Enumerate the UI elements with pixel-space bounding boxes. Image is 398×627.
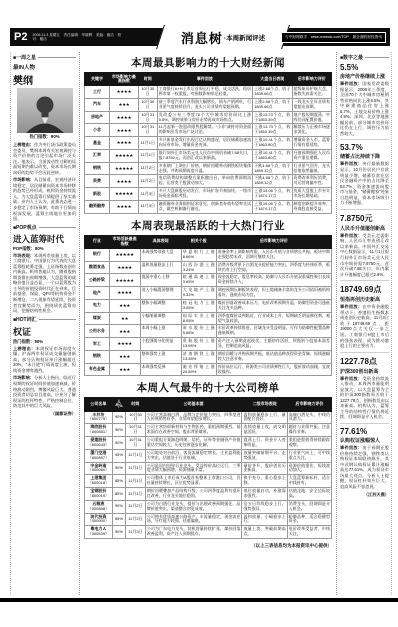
industry-comment: 消费升级背景下白酒龙头提价能力突出，四季度为传统旺季，板块仍有上行空间。 xyxy=(216,261,331,274)
news-event: 多只大盘新股启动发行，市场扩容节奏加快，一级市场资金面临考验。 xyxy=(157,188,252,201)
company-fundamentals: 公司是国内铅锌行业龙头，受益锌价高位运行，三季度业绩大幅预增，资源储量丰富。 xyxy=(145,462,242,475)
number-subtitle: 人民币升值屡创新高 xyxy=(340,225,389,232)
industry-name: 地产 xyxy=(85,287,110,300)
industry-related-stock: 贵航股份上涨13.95% xyxy=(181,338,216,351)
news-impact-stars: ★★★★ xyxy=(109,124,138,137)
news-table-header-cell: 大盘当日表现 xyxy=(253,73,292,86)
news-market-performance: 上涨2.68个点，收于1839.66点 xyxy=(253,98,292,111)
industry-name: 公用水务 xyxy=(85,325,110,338)
company-comment: 资源价值重估，短线波动加大。 xyxy=(287,462,331,475)
number-subtitle: 储蓄占比持续下降 xyxy=(340,153,389,160)
industry-performance: 震荡中重心上移 xyxy=(140,274,181,287)
industry-activity-stars: ★★★★ xyxy=(109,287,140,300)
company-table-row: 上港集团（600018） 85% 11月1日 公司整体上市后成为A股首家整体上市… xyxy=(85,475,332,488)
industry-comment: 资产注入预期此起彼伏，主题炒作活跃，须甄别个股基本面差异，控制追高风险。 xyxy=(216,338,331,351)
section-header-top-numbers: ■数字之最 xyxy=(340,54,389,61)
company-name-cell: 中金岭南（000060） xyxy=(85,462,113,475)
industry-comment: 四季度煤价谈判临近，行业成本上升，短期缺乏明显催化剂，观望气氛较浓。 xyxy=(216,312,331,325)
news-table-row: 基金 ★★★★ 11月1日 多只新基金发行出现百亿认购盛况，居民储蓄加速流向证券… xyxy=(85,137,332,150)
number-body: 事件回放：由于预期正股价格持续走强，钢铁类认购权证本周联袂飙升，其中武钢认购权证… xyxy=(340,445,389,489)
news-table-row: 汽车 ★★★ 10月30日 前三季度汽车行业利润大幅增长，轿车产销两旺，行业景气… xyxy=(85,98,332,111)
company-table-row: 中金岭南（000060） 90% 11月1日 公司是国内铅锌行业龙头，受益锌价高… xyxy=(85,462,332,475)
tables-footnote: （以上三表信息均为本报资讯中心提供） xyxy=(84,543,332,549)
number-body: 事件回放：受资金持续流入推动，本周两市量能明显放大，以大盘蓝筹为主的沪深300指… xyxy=(340,376,389,420)
company-table-header-cell: 公司基本面 xyxy=(145,398,242,411)
industry-activity-stars: ★★★ xyxy=(109,299,140,312)
company-date: 10月31日 xyxy=(126,437,146,450)
industry-activity-stars: ★★★★ xyxy=(109,261,140,274)
industry-performance: 温和放量稳步上行 xyxy=(140,261,181,274)
industry-table-header-cell: 相关个股 xyxy=(181,235,216,248)
hot-word-impact-paragraph: 市场影响：分析人士指出，临近行权期的权证时间价值加速衰减，价格波动剧烈，博傻风险… xyxy=(13,375,76,408)
paragraph-label: 事件回放： xyxy=(340,445,362,450)
industry-table-row: 公路桥梁 ★★★★★ 震荡中重心上移 皖通高速上涨3.65% 现金流稳定、股息率… xyxy=(85,274,332,287)
news-market-performance: 上涨13.73个点，收于1853.39点 xyxy=(253,111,292,124)
news-comment: 升值预期强化人民币资产重估逻辑。 xyxy=(292,149,331,162)
company-popularity: 85% xyxy=(112,475,125,488)
section-label: ■一周之星 xyxy=(13,54,36,61)
company-market-performance: 温和放量，小幅稳步上行。 xyxy=(242,513,287,526)
company-comment: 高端白酒龙头，中线仍具潜力。 xyxy=(287,411,331,424)
news-date: 11月2日 xyxy=(138,175,157,188)
company-comment: 大盘蓝筹新标杆，适合中线持有。 xyxy=(287,475,331,488)
industry-name: 电力 xyxy=(85,299,110,312)
news-date: 11月3日 xyxy=(138,200,157,213)
company-popularity: 85% xyxy=(112,513,125,526)
section-label: ■HOT词汇 xyxy=(13,316,37,323)
news-table-header-cell: 市场影响力最高指数 xyxy=(109,73,138,86)
news-table-row: 小非 ★★★★ 10月31日 11月起新一批股改限售股解禁，“小非”减持对资金面… xyxy=(85,124,332,137)
company-market-performance: 低位放量启动，补涨需求强烈。 xyxy=(242,488,287,501)
news-date: 11月1日 xyxy=(138,137,157,150)
person-label: 最IN人物 xyxy=(13,63,76,71)
industry-table-header-cell: 后市影响力评价 xyxy=(216,235,331,248)
paragraph-label: 市场影响： xyxy=(13,177,34,182)
industry-comment: 调控预期压制板块表现，但土地储备丰富的龙头公司依旧被机构看好，逢低布局为宜。 xyxy=(216,287,331,300)
company-market-performance: 连续放量上攻，成交明显活跃。 xyxy=(242,424,287,437)
company-date: 11月2日 xyxy=(126,500,146,513)
news-comment: 资费改革利好消费，对运营商偏中性。 xyxy=(292,175,331,188)
company-popularity: 85% xyxy=(112,488,125,501)
company-market-performance: 震荡上行，资金介入迹象明显。 xyxy=(242,437,287,450)
news-table-row: 汇率 ★★★★★ 11月1日 银行间外汇市场美元兑人民币中间价首破7.88关口，… xyxy=(85,149,332,162)
news-keyword: 融资融券 xyxy=(85,200,110,213)
section-label: ■数字之最 xyxy=(340,54,363,61)
industry-activity-stars: ★★★★★ xyxy=(109,248,140,261)
news-event: 前三季度汽车行业利润大幅增长，轿车产销两旺，行业景气度持续回升，龙头公司业绩有望… xyxy=(157,98,252,111)
news-comment: 超级航母护航大盘，指数失真需关注。 xyxy=(292,86,331,99)
company-code: （600018） xyxy=(86,481,111,486)
company-date: 11月1日 xyxy=(126,475,146,488)
company-code: （000539） xyxy=(86,532,111,537)
industry-name: 钢铁 xyxy=(85,350,110,363)
masthead-banner: 消息树 ·本周新闻评述 xyxy=(156,25,290,49)
industry-table-row: 公用水务 ★★★ 本周小幅上涨 原水股份上涨5.68% 水价改革持续推进，区域龙… xyxy=(85,325,332,338)
industry-table-header-row: 行业市场活跃最高指数具体表现相关个股后市影响力评价 xyxy=(85,235,332,248)
paragraph-label: 市场影响： xyxy=(13,375,34,380)
company-comment: 估值洼地，安全边际较高。 xyxy=(287,488,331,501)
company-name-cell: 宝钢股份（600019） xyxy=(85,488,113,501)
company-fundamentals: 公司为广东电力龙头，装机容量持续扩张，煤价回落改善盈利，资产注入预期犹存。 xyxy=(145,526,242,539)
company-date: 10月31日 xyxy=(126,424,146,437)
number-item: 53.7% 储蓄占比持续下降 事件回放：央行最新数据显示，10月份居民户存款明显… xyxy=(340,139,389,205)
news-comment: 一线龙头全年业绩有望超出预期。 xyxy=(292,98,331,111)
company-popularity: 90% xyxy=(112,437,125,450)
news-comment: 制度创新提升效率，券商股直接受益。 xyxy=(292,200,331,213)
news-impact-stars: ★★★★★ xyxy=(109,149,138,162)
industry-table-row: 酿酒食品 ★★★★ 温和放量稳步上行 山西汾酒上涨3.24% 消费升级背景下白酒… xyxy=(85,261,332,274)
number-headline: 7.8750元 xyxy=(340,213,389,224)
bottom-rule xyxy=(0,598,398,602)
company-popularity: 90% xyxy=(112,462,125,475)
company-comment: 重组进程值得持续跟踪观察。 xyxy=(287,437,331,450)
news-market-performance: 上涨10.41个点，收于1863.80点 xyxy=(253,137,292,150)
company-fundamentals: 钢价回暖叠加产品结构升级，公司四季度盈利有望环比改善，行业龙头地位稳固。 xyxy=(145,488,242,501)
company-table-header-cell: 后市影响力评价 xyxy=(287,398,331,411)
company-name-cell: 厦门空港（600897） xyxy=(85,449,113,462)
industry-related-stock: 皖通高速上涨3.65% xyxy=(181,274,216,287)
industry-activity-stars: ★★★★★ xyxy=(109,274,140,287)
news-comment: 地产股短期震荡，中线仍具配置价值。 xyxy=(292,111,331,124)
news-event: 发改委公布三季度70个大中城市房价同比上涨5.5%，调控效果与房价走势再成市场焦… xyxy=(157,111,252,124)
industry-activity-stars: ★★★★ xyxy=(109,338,140,351)
company-popularity: 90% xyxy=(112,526,125,539)
news-keyword: 汽车 xyxy=(85,98,110,111)
industry-comment: 钢价回暖与并购预期共振，低估值品种获得资金青睐，短线涨幅较大注意节奏。 xyxy=(216,350,331,363)
company-code: （000858） xyxy=(86,507,111,512)
company-fundamentals: 公司重组方案渐趋明朗，信托、证券等金融资产价值重估空间较大，历史包袱逐步化解。 xyxy=(145,437,242,450)
news-date: 10月30日 xyxy=(138,98,157,111)
news-event: 银行间外汇市场美元兑人民币中间价首破7.88关口，报7.8750元，再创汇改以来… xyxy=(157,149,252,162)
company-market-performance: 放量突破前期平台，走势强劲。 xyxy=(242,449,287,462)
number-headline: 5.5% xyxy=(340,63,389,72)
industry-table-header-cell: 具体表现 xyxy=(140,235,181,248)
news-comment: 增量资金入市，蓝筹行情有望延续。 xyxy=(292,137,331,150)
number-subtitle: 房地产价格继续上涨 xyxy=(340,73,389,80)
company-table-row: 粤电力Ａ（000539） 90% 11月3日 公司为广东电力龙头，装机容量持续扩… xyxy=(85,526,332,539)
divider xyxy=(39,319,76,320)
company-fundamentals: 公司主营高端白酒，品牌与定价能力突出，四季度进入传统销售旺季，业绩有望稳步增长。 xyxy=(145,411,242,424)
industry-performance: 本周强势反弹 xyxy=(140,363,181,376)
star-impact-paragraph: 市场影响：从目前看，宏观经济环境稳定，居民储蓄向资本市场转移的趋势已经形成，机构… xyxy=(13,177,76,221)
industry-name: 酿酒食品 xyxy=(85,261,110,274)
industry-table-row: 有色金属 ★★★ 本周强势反弹 驰宏锌锗上涨20.89% 锌价高位运行，资源类公… xyxy=(85,363,332,376)
industry-performance: 个股强弱分化明显 xyxy=(140,338,181,351)
company-table-header-cell: 二级市场表现 xyxy=(242,398,287,411)
news-table-header-cell: 后市影响力评价 xyxy=(292,73,331,86)
company-date: 11月1日 xyxy=(126,449,146,462)
paragraph-label: 事件回放： xyxy=(340,81,362,86)
company-market-performance: 量价齐升，股价创出历史新高。 xyxy=(242,462,287,475)
paragraph-label: 事件回放： xyxy=(340,376,362,381)
industry-table-title: 本周表现最活跃的十大热门行业 xyxy=(84,218,332,233)
company-code: （600019） xyxy=(86,494,111,499)
company-comment: 消费龙头，回调即是介入机会。 xyxy=(287,500,331,513)
news-keyword: 钢铁 xyxy=(85,162,110,175)
company-market-performance: 沿五日均线稳步上行，强势依旧。 xyxy=(242,500,287,513)
company-comment: 行业景气向上，可中线重点关注。 xyxy=(287,449,331,462)
paragraph-label: 市场表现： xyxy=(13,253,34,258)
page-content: ■一周之星 最IN人物 樊纲 热门指数：90% 上榜理由：作为央行货币政策委员会… xyxy=(10,52,392,595)
industry-related-stock: 济南钢铁上涨13.55% xyxy=(181,350,216,363)
industry-related-stock: 原水股份上涨5.68% xyxy=(181,325,216,338)
company-code: （600779） xyxy=(86,417,111,422)
news-table-row: 房地产 ★★★★ 10月31日 发改委公布三季度70个大中城市房价同比上涨5.5… xyxy=(85,111,332,124)
industry-related-stock: 桂冠电力上涨3.05% xyxy=(181,299,216,312)
industry-performance: 本周小幅上涨 xyxy=(140,325,181,338)
section-header-hot-word: ■HOT词汇 xyxy=(13,316,76,323)
news-impact-stars: ★★★★ xyxy=(109,175,138,188)
news-market-performance: 上涨15.05个点，收于1874.17点 xyxy=(253,200,292,213)
news-table-row: 资费 ★★★★ 11月2日 电信资费结构调整方案酝酿出台，单向收费预期再起，运营… xyxy=(85,175,332,188)
industry-name: 银行 xyxy=(85,248,110,261)
company-comment: 题材与业绩共振，注意操作节奏。 xyxy=(287,424,331,437)
top-company-table: 公司名单人气%时间公司基本面二级市场表现后市影响力评价 水井坊（600779） … xyxy=(84,397,332,539)
news-date: 10月31日 xyxy=(138,111,157,124)
person-name: 樊纲 xyxy=(13,72,76,87)
company-fundamentals: 公司整体上市后成为A股首家整体上市港口公司，吞吐量持续增长，区位优势显著。 xyxy=(145,475,242,488)
news-date: 11月3日 xyxy=(138,188,157,201)
news-table-row: 融资融券 ★★★★ 11月3日 融资融券业务细则征求意见，创新类券商有望率先试点… xyxy=(85,200,332,213)
news-market-performance: 上涨10.41个点，收于1863.80点 xyxy=(253,149,292,162)
industry-performance: 整体强势上涨 xyxy=(140,350,181,363)
company-table-row: 宝钢股份（600019） 85% 11月1日 钢价回暖叠加产品结构升级，公司四季… xyxy=(85,488,332,501)
industry-activity-stars: ★★ xyxy=(109,312,140,325)
news-comment: 解禁压力正被市场逐步消化。 xyxy=(292,124,331,137)
industry-performance: 本周强势领涨大盘 xyxy=(140,248,181,261)
news-impact-stars: ★★★★ xyxy=(109,86,138,99)
industry-table-row: 煤炭 ★★ 小幅缩量调整 国际实业上涨8.05% 四季度煤价谈判临近，行业成本上… xyxy=(85,312,332,325)
section-header-week-star: ■一周之星 xyxy=(13,54,76,61)
company-date: 11月1日 xyxy=(126,462,146,475)
company-popularity: 90% xyxy=(112,500,125,513)
right-attribution: （江苏天鼎） xyxy=(340,492,389,498)
top-news-table: 关键字市场影响力最高指数时间事件回放大盘当日表现后市影响力评价 工行 ★★★★ … xyxy=(84,72,332,214)
company-name-cell: 水井坊（600779） xyxy=(85,411,113,424)
company-table-header-cell: 时间 xyxy=(126,398,146,411)
industry-table-header-cell: 市场活跃最高指数 xyxy=(109,235,140,248)
industry-activity-stars: ★★★ xyxy=(109,325,140,338)
industry-table-row: 钢铁 ★★★ 整体强势上涨 济南钢铁上涨13.55% 钢价回暖与并购预期共振，低… xyxy=(85,350,332,363)
company-fundamentals: 公司为白酒行业龙头，提价与治理改善预期强化，品牌价值突出，渠道整合初见成效。 xyxy=(145,500,242,513)
news-keyword: 新股 xyxy=(85,188,110,201)
news-impact-stars: ★★★★★ xyxy=(109,188,138,201)
company-table-header-cell: 人气% xyxy=(112,398,125,411)
news-date: 11月2日 xyxy=(138,162,157,175)
number-item: 77.61% 认购权证涨幅惊人 事件回放：由于预期正股价格持续走强，钢铁类认购权… xyxy=(340,423,389,489)
news-table-header-cell: 事件回放 xyxy=(157,73,252,86)
company-market-performance: 放量上攻，突破前期高点。 xyxy=(242,526,287,539)
company-comment: 电价改革受益者，中线关注。 xyxy=(287,526,331,539)
number-subtitle: 恒指再创历史新高 xyxy=(340,296,389,303)
company-table-header-row: 公司名单人气%时间公司基本面二级市场表现后市影响力评价 xyxy=(85,398,332,411)
industry-comment: 现金流稳定、股息率较高，防御与人民币升值双重属性吸引长线资金持续介入。 xyxy=(216,274,331,287)
news-impact-stars: ★★★★★ xyxy=(109,162,138,175)
number-headline: 1227.78点 xyxy=(340,356,389,367)
news-comment: 优质大盘股上市夯实市场长期基础。 xyxy=(292,188,331,201)
dateline: 2006.11.3 星期五 责任编辑：华晓辉 美编：谢洁 校对：戴洁 xyxy=(32,33,124,42)
star-reason-paragraph: 上榜理由：作为央行货币政策委员会委员，樊纲本周有关宏观调控与资产价格的言论引起市… xyxy=(13,142,76,175)
number-item: 7.8750元 人民币升值屡创新高 事件回放：受美元走弱影响，人民币汇率连创汇改… xyxy=(340,209,389,277)
news-keyword: 资费 xyxy=(85,175,110,188)
center-column: 本周最具影响力的十大财经新闻 关键字市场影响力最高指数时间事件回放大盘当日表现后… xyxy=(80,52,337,595)
page-number: P2 xyxy=(14,32,27,43)
paragraph-label: 事件回放： xyxy=(340,304,362,309)
industry-table-row: 电力 ★★★ 整体小幅调整 桂冠电力上涨3.05% 煤价回落改善成本压力，电价改… xyxy=(85,299,332,312)
news-market-performance: 上涨13.73个点，收于1853.39点 xyxy=(253,124,292,137)
company-date: 11月1日 xyxy=(126,488,146,501)
news-event: 电信资费结构调整方案酝酿出台，单向收费预期再起，运营类个股波动加大。 xyxy=(157,175,252,188)
industry-performance: 进入小幅震荡整理 xyxy=(140,287,181,300)
section-label: ■POP观点 xyxy=(13,224,37,231)
company-table-row: 海欣股份（600851） 90% 10月31日 公司主营纺织新材料与生物医药，重… xyxy=(85,424,332,437)
company-market-performance: 换手充分，重心稳步上移。 xyxy=(242,475,287,488)
company-date: 10月30日 xyxy=(126,411,146,424)
company-code: （000060） xyxy=(86,468,111,473)
person-photo xyxy=(17,88,73,133)
number-body: 事件回放：在中资金融股带动下，香港恒生指数本周连创历史新高，11月3日收于187… xyxy=(340,304,389,348)
number-subtitle: 认购权证涨幅惊人 xyxy=(340,437,389,444)
company-table-row: 现代投资（000900） 85% 11月2日 公司拥有优质高速公路资产，车流量稳… xyxy=(85,513,332,526)
hot-word-title: 权证 xyxy=(13,325,76,338)
news-comment: 行业景气回升，龙头估值依然偏低。 xyxy=(292,162,331,175)
divider xyxy=(365,57,389,58)
industry-table-header-cell: 行业 xyxy=(85,235,110,248)
masthead-subtitle: ·本周新闻评述 xyxy=(224,33,265,42)
masthead-title: 消息树 xyxy=(181,28,223,47)
number-item: 5.5% 房地产价格继续上涨 事件回放：国家发改委数据显示，2006年三季度，全… xyxy=(340,63,389,136)
industry-related-stock: 华夏银行上涨8.66% xyxy=(181,248,216,261)
industry-comment: 煤价回落改善成本压力，电价改革预期升温，防御型资金可逢低关注龙头品种。 xyxy=(216,299,331,312)
company-comment: 防御品种，适合稳健型资金。 xyxy=(287,513,331,526)
hot-word-reason-paragraph: 上榜理由：本周权证市场再度火爆，沪深两市权证成交量屡创新高，部分认购权证单日涨幅… xyxy=(13,346,76,374)
number-item: 18749.69点 恒指再创历史新高 事件回放：在中资金融股带动下，香港恒生指数… xyxy=(340,280,389,348)
news-keyword: 汇率 xyxy=(85,149,110,162)
number-body: 事件回放：央行最新数据显示，10月份居民户存款明显少增，储蓄存款在居民金融资产中… xyxy=(340,161,389,205)
hot-industry-table: 行业市场活跃最高指数具体表现相关个股后市影响力评价 银行 ★★★★★ 本周强势领… xyxy=(84,235,332,377)
industry-table-row: 地产 ★★★★ 进入小幅震荡整理 大龙地产上涨9.32% 调控预期压制板块表现，… xyxy=(85,287,332,300)
industry-table-row: 军工 ★★★★ 个股强弱分化明显 贵航股份上涨13.95% 资产注入预期此起彼伏… xyxy=(85,338,332,351)
pop-index: POP指数：80% xyxy=(13,246,76,252)
divider xyxy=(39,227,76,228)
company-name-cell: 粤电力Ａ（000539） xyxy=(85,526,113,539)
industry-name: 军工 xyxy=(85,338,110,351)
news-keyword: 房地产 xyxy=(85,111,110,124)
industry-table-row: 银行 ★★★★★ 本周强势领涨大盘 华夏银行上涨8.66% 准备金率上调影响有限… xyxy=(85,248,332,261)
hot-word-index: 热门指数：90% xyxy=(13,339,76,345)
news-market-performance: 上涨15.05个点，收于1874.17点 xyxy=(253,188,292,201)
news-table-header-row: 关键字市场影响力最高指数时间事件回放大盘当日表现后市影响力评价 xyxy=(85,73,332,86)
newspaper-page: P2 2006.11.3 星期五 责任编辑：华晓辉 美编：谢洁 校对：戴洁 消息… xyxy=(0,0,398,627)
news-keyword: 基金 xyxy=(85,137,110,150)
company-table-header-cell: 公司名单 xyxy=(85,398,113,411)
industry-related-stock: 驰宏锌锗上涨20.89% xyxy=(181,363,216,376)
news-table-row: 工行 ★★★★ 10月30日 工商银行A+H上市后首周运行平稳，成交活跃，稳居两… xyxy=(85,86,332,99)
company-name-cell: 海欣股份（600851） xyxy=(85,424,113,437)
company-name-cell: 现代投资（000900） xyxy=(85,513,113,526)
industry-comment: 准备金率上调影响有限，人民币升值与业绩增长共振，板块中期走强趋势未改，回调可继续… xyxy=(216,248,331,261)
news-event: 多家钢厂上调出厂价格，钢价回暖带动钢铁板块集体走强，并购预期再度升温。 xyxy=(157,162,252,175)
news-table-row: 钢铁 ★★★★★ 11月2日 多家钢厂上调出厂价格，钢价回暖带动钢铁板块集体走强… xyxy=(85,162,332,175)
industry-related-stock: 山西汾酒上涨3.24% xyxy=(181,261,216,274)
industry-name: 公路桥梁 xyxy=(85,274,110,287)
news-table-header-cell: 关键字 xyxy=(85,73,110,86)
masthead-bar: P2 2006.11.3 星期五 责任编辑：华晓辉 美编：谢洁 校对：戴洁 消息… xyxy=(10,28,390,46)
photo-caption: 热门指数：90% xyxy=(13,134,76,140)
company-popularity: 90% xyxy=(112,424,125,437)
divider xyxy=(38,57,76,58)
left-attribution: （国都证券） xyxy=(13,411,76,417)
company-name-cell: 上港集团（600018） xyxy=(85,475,113,488)
company-fundamentals: 公司拥有优质高速公路资产，车流量稳定，现金流充沛，分红能力较强，估值偏低。 xyxy=(145,513,242,526)
news-event: 融资融券业务细则征求意见，创新类券商有望率先试点，做空机制渐行渐近。 xyxy=(157,200,252,213)
paragraph-label: 事件回放： xyxy=(340,161,362,166)
paragraph-label: 上榜理由： xyxy=(13,346,36,351)
company-code: （600643） xyxy=(86,443,111,448)
news-market-performance: 下跌4.68个点，收于1859.12点 xyxy=(253,175,292,188)
industry-related-stock: 大龙地产上涨9.32% xyxy=(181,287,216,300)
company-table-row: 五粮液（000858） 90% 11月2日 公司为白酒行业龙头，提价与治理改善预… xyxy=(85,500,332,513)
news-market-performance: 下跌4.68个点，收于1859.12点 xyxy=(253,162,292,175)
pop-view-title: 进入蓝筹时代 xyxy=(13,233,76,245)
number-headline: 53.7% xyxy=(340,143,389,152)
company-name-cell: 爱建股份（600643） xyxy=(85,437,113,450)
industry-activity-stars: ★★★ xyxy=(109,350,140,363)
paragraph-label: 上榜理由： xyxy=(13,142,34,147)
industry-name: 有色金属 xyxy=(85,363,110,376)
promo-box: 与中财网联手 www.onstock.com/TOP 最全面的财经资讯 xyxy=(281,32,386,43)
number-item: 1227.78点 沪深300创出新高 事件回放：受资金持续流入推动，本周两市量能… xyxy=(340,352,389,420)
industry-performance: 小幅缩量调整 xyxy=(140,312,181,325)
company-market-performance: 温和放量稳步上行，量价配合良好。 xyxy=(242,411,287,424)
industry-name: 煤炭 xyxy=(85,312,110,325)
number-subtitle: 沪深300创出新高 xyxy=(340,368,389,375)
section-header-pop-view: ■POP观点 xyxy=(13,224,76,231)
industry-related-stock: 国际实业上涨8.05% xyxy=(181,312,216,325)
company-popularity: 95% xyxy=(112,449,125,462)
news-table-title: 本周最具影响力的十大财经新闻 xyxy=(84,55,332,70)
company-code: （600897） xyxy=(86,456,111,461)
number-body: 事件回放：国家发改委数据显示，2006年三季度，全国70个大中城市房屋销售价格同… xyxy=(340,81,389,136)
company-table-row: 厦门空港（600897） 95% 11月1日 公司地处对台前沿，客货流量稳定增长… xyxy=(85,449,332,462)
right-column: ■数字之最 5.5% 房地产价格继续上涨 事件回放：国家发改委数据显示，2006… xyxy=(337,52,391,595)
company-code: （600851） xyxy=(86,430,111,435)
news-keyword: 工行 xyxy=(85,86,110,99)
news-table-header-cell: 时间 xyxy=(138,73,157,86)
news-impact-stars: ★★★★ xyxy=(109,137,138,150)
number-body: 事件回放：受美元走弱影响，人民币汇率连创汇改以来新高。中国外汇交易中心数据显示，… xyxy=(340,233,389,277)
industry-activity-stars: ★★★ xyxy=(109,363,140,376)
news-keyword: 小非 xyxy=(85,124,110,137)
industry-comment: 锌价高位运行，资源类公司业绩弹性巨大，股价波动加剧，宜波段操作。 xyxy=(216,363,331,376)
news-event: 11月起新一批股改限售股解禁，“小非”减持对资金面的影响引发市场广泛讨论。 xyxy=(157,124,252,137)
company-date: 11月3日 xyxy=(126,526,146,539)
news-event: 多只新基金发行出现百亿认购盛况，居民储蓄加速流向证券市场，增量资金充沛。 xyxy=(157,137,252,150)
company-name-cell: 五粮液（000858） xyxy=(85,500,113,513)
company-table-title: 本周人气最牛的十大公司榜单 xyxy=(84,380,332,395)
news-date: 10月31日 xyxy=(138,124,157,137)
news-impact-stars: ★★★★ xyxy=(109,200,138,213)
company-code: （000900） xyxy=(86,519,111,524)
company-date: 11月2日 xyxy=(126,513,146,526)
news-date: 10月30日 xyxy=(138,86,157,99)
company-table-row: 爱建股份（600643） 90% 10月31日 公司重组方案渐趋明朗，信托、证券… xyxy=(85,437,332,450)
news-impact-stars: ★★★ xyxy=(109,98,138,111)
news-date: 11月1日 xyxy=(138,149,157,162)
news-event: 工商银行A+H上市后首周运行平稳，成交活跃，稳居两市第一权重股，对指数影响举足轻… xyxy=(157,86,252,99)
company-table-row: 水井坊（600779） 90% 10月30日 公司主营高端白酒，品牌与定价能力突… xyxy=(85,411,332,424)
left-column: ■一周之星 最IN人物 樊纲 热门指数：90% 上榜理由：作为央行货币政策委员会… xyxy=(11,52,80,595)
